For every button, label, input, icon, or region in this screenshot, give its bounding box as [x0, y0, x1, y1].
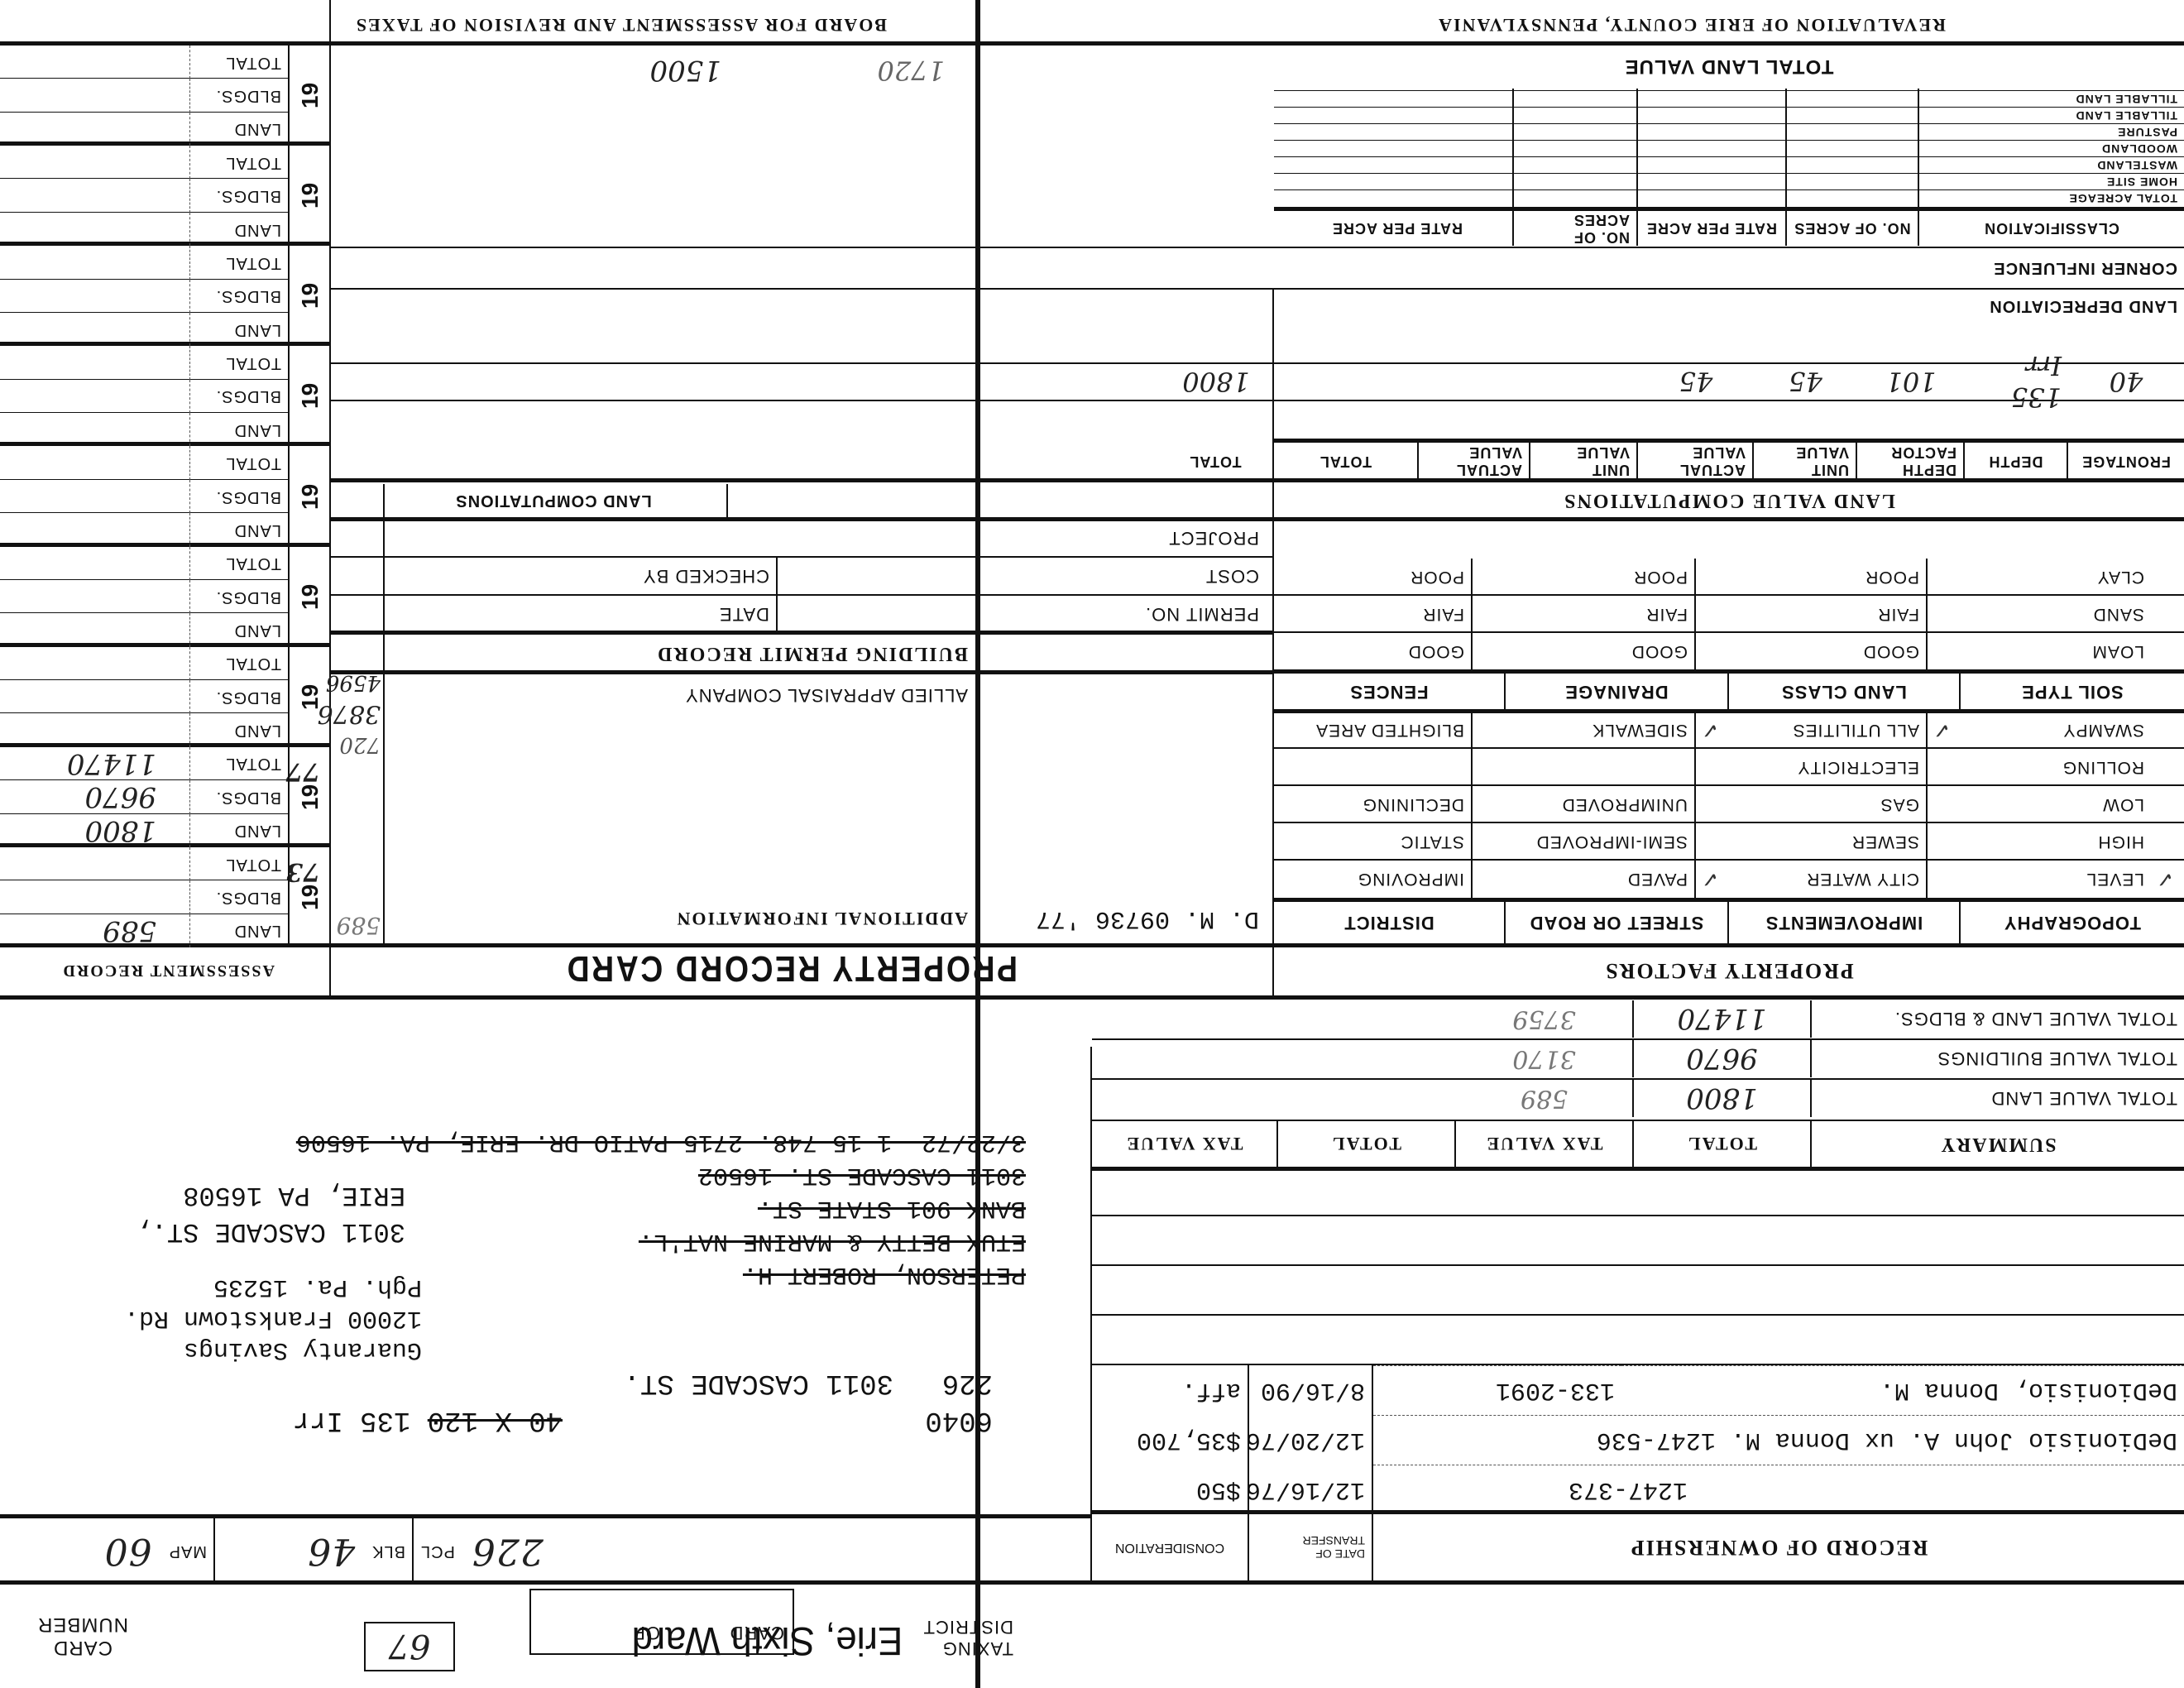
control-number: 6040: [925, 1404, 993, 1436]
blk-value: 46: [307, 1531, 355, 1573]
classification-label: TOTAL ACREAGE: [1919, 190, 2184, 207]
property-record-card: CARD NUMBER CARD OF TAXING DISTRICT Erie…: [0, 0, 2184, 1688]
divider: [383, 484, 385, 947]
blk-label: BLK: [371, 1542, 405, 1561]
divider: [1092, 1120, 2184, 1121]
assessment-value: [0, 580, 190, 613]
assessment-row-label: BLDGS.: [190, 180, 290, 213]
assessment-row-label: LAND: [190, 814, 290, 847]
date-label: DATE: [612, 596, 778, 632]
assessment-value: [0, 446, 190, 479]
classification-label: HOME SITE: [1919, 174, 2184, 190]
summary-row-label: TOTAL VALUE BUILDINGS: [1812, 1040, 2184, 1077]
card-title: PROPERTY RECORD CARD: [565, 947, 1018, 989]
check-mark-icon: ✓: [1696, 861, 1726, 898]
assessment-value: [0, 180, 190, 213]
assessment-row-label: TOTAL: [190, 446, 290, 479]
divider: [1274, 898, 2184, 902]
acreage-col: RATE PER ACRE: [1282, 211, 1514, 246]
assessment-title: ASSESSMENT RECORD: [0, 950, 281, 991]
taxing-district-label: TAXING DISTRICT: [931, 1616, 1013, 1659]
divider: [331, 556, 1274, 558]
property-factor-cell: [1274, 749, 1473, 786]
transfer-date: 8/16/90: [1249, 1365, 1373, 1415]
assessment-value: 11470: [0, 747, 190, 780]
assessment-value: [0, 647, 190, 680]
land-value-title: LAND VALUE COMPUTATIONS: [1274, 484, 2184, 517]
mortgage-line: Guaranty Savings: [124, 1334, 422, 1365]
pf-col-soil-type: SOIL TYPE: [1961, 674, 2184, 710]
ownership-row: DeDionisio, Donna M.: [1621, 1365, 2184, 1415]
land-value-col: TOTAL: [1274, 443, 1419, 480]
soil-factor-cell: LOAM: [1961, 633, 2151, 670]
divider: [331, 288, 2184, 290]
dimensions: 135 Irr: [293, 1404, 411, 1436]
blk-field: BLK 46: [215, 1518, 414, 1585]
classification-label: TILLABLE LAND: [1919, 91, 2184, 108]
assessment-value: [0, 413, 190, 446]
property-factor-cell: UNIMPROVED: [1506, 786, 1696, 823]
property-factor-cell: SWAMPY: [1961, 712, 2151, 749]
land-value-depth-factor: 101: [1857, 364, 1965, 399]
year-prefix: 19: [294, 246, 327, 346]
acreage-col: CLASSIFICATION: [1919, 211, 2184, 246]
land-value-frontage: 40: [2068, 364, 2184, 399]
assessment-row-label: BLDGS.: [190, 780, 290, 813]
assessment-row-label: BLDGS.: [190, 880, 290, 914]
property-factor-cell: PAVED: [1506, 861, 1696, 898]
soil-factor-cell: GOOD: [1729, 633, 1928, 670]
total-land-value-1: 1720: [836, 50, 951, 91]
property-factor-cell: ALL UTILITIES: [1729, 712, 1928, 749]
acreage-col: NO. OF ACRES: [1787, 211, 1919, 246]
assessment-value: 1800: [0, 814, 190, 847]
mortgage-line: 12000 Frankstown Rd.: [124, 1302, 422, 1334]
assessment-row-label: TOTAL: [190, 547, 290, 580]
mailing-address: 3011 CASCADE ST., ERIE, PA 16508: [136, 1177, 405, 1249]
assessment-row-label: LAND: [190, 113, 290, 146]
property-factor-cell: SIDEWALK: [1506, 712, 1696, 749]
land-value-col: DEPTH FACTOR: [1857, 443, 1965, 480]
ownership-title: RECORD OF OWNERSHIP: [1373, 1514, 2184, 1580]
checked-by-label: CHECKED BY: [612, 558, 778, 594]
acreage-col: RATE PER ACRE: [1638, 211, 1787, 246]
property-factor-cell: SEWER: [1729, 823, 1928, 861]
mailing-line: ERIE, PA 16508: [136, 1177, 405, 1213]
assessment-row-label: LAND: [190, 914, 290, 947]
assessment-row-label: LAND: [190, 313, 290, 346]
land-value-col: TOTAL: [1158, 443, 1274, 480]
divider: [1092, 1038, 2184, 1040]
assessment-value: [0, 380, 190, 413]
land-computations-title: LAND COMPUTATIONS: [381, 484, 728, 517]
pf-col-improvements: IMPROVEMENTS: [1729, 902, 1961, 943]
parcel-number: 226: [942, 1367, 993, 1398]
property-factor-cell: STATIC: [1274, 823, 1473, 861]
assessment-row-label: TOTAL: [190, 647, 290, 680]
assessment-value: [0, 513, 190, 546]
building-permit-title: BUILDING PERMIT RECORD: [395, 635, 975, 672]
divider: [1512, 89, 1514, 246]
divider: [1274, 90, 2184, 91]
assessment-value: [0, 246, 190, 279]
year-prefix: 19: [294, 346, 327, 446]
divider: [1636, 89, 1638, 246]
corner-influence-label: CORNER INFLUENCE: [1886, 250, 2184, 286]
owner-history: PETERSON, ROBERT H. ETUX BETTY & MARINE …: [296, 1125, 1026, 1291]
dimensions-struck: 40 X 120: [428, 1404, 563, 1436]
classification-label: TILLABLE LAND: [1919, 108, 2184, 124]
assessment-year: 73: [285, 856, 327, 889]
consideration: aff.: [1092, 1365, 1249, 1415]
additional-info-title: ADDITIONAL INFORMATION: [520, 894, 975, 943]
dm-number: D. M. 09736 '77: [976, 894, 1266, 943]
deed-book-page: 1247-536: [1597, 1427, 1716, 1455]
lot-dimensions: 40 X 120 135 Irr: [293, 1404, 563, 1436]
pcl-field: 226 PCL: [414, 1518, 1092, 1585]
assessment-row-label: BLDGS.: [190, 580, 290, 613]
transfer-date: 12/16/76: [1249, 1465, 1373, 1514]
ownership-row: DeDionisio John A. ux Donna M. 1247-536: [1373, 1415, 2184, 1465]
land-value-unit-value: 45: [1754, 364, 1857, 399]
assessment-value: [0, 680, 190, 713]
assessment-value: [0, 547, 190, 580]
land-value-col: FRONTAGE: [2068, 443, 2184, 480]
assessment-row-label: TOTAL: [190, 246, 290, 279]
assessment-row-label: TOTAL: [190, 346, 290, 379]
soil-factor-cell: FAIR: [1729, 596, 1928, 633]
transfer-date: 12/20/76: [1249, 1415, 1373, 1465]
assessment-value: [0, 280, 190, 313]
divider: [1092, 1364, 2184, 1365]
summary-buildings-total: 9670: [1634, 1040, 1812, 1077]
assessment-row-label: BLDGS.: [190, 280, 290, 313]
owner-name: DeDionisio John A. ux Donna M.: [1731, 1427, 2177, 1455]
assessment-row-label: BLDGS.: [190, 680, 290, 713]
center-divider: [975, 0, 980, 1688]
consideration: $50: [1092, 1465, 1249, 1514]
soil-factor-cell: FAIR: [1274, 596, 1473, 633]
owner-history-line: ETUX BETTY & MARINE NAT'L.: [296, 1225, 1026, 1258]
pf-col-topography: TOPOGRAPHY: [1961, 902, 2184, 943]
assessment-row-label: LAND: [190, 713, 290, 746]
land-value-col: ACTUAL VALUE: [1419, 443, 1530, 480]
assessment-row-label: LAND: [190, 613, 290, 646]
check-mark-icon: ✓: [1696, 712, 1726, 749]
divider: [1274, 207, 2184, 211]
assessment-row-label: TOTAL: [190, 747, 290, 780]
assessment-value: [0, 480, 190, 513]
property-factor-cell: SEMI-IMPROVED: [1506, 823, 1696, 861]
pcl-value: 226: [472, 1531, 544, 1573]
assessment-value: [0, 313, 190, 346]
owner-history-line: PETERSON, ROBERT H.: [296, 1258, 1026, 1291]
deed-book-page: 133-2091: [1373, 1365, 1621, 1415]
assessment-value: [0, 613, 190, 646]
soil-factor-cell: FAIR: [1506, 596, 1696, 633]
year-prefix: 19: [294, 146, 327, 246]
land-value-depth: 135 Irr: [1965, 364, 2068, 399]
assessment-row-label: TOTAL: [190, 46, 290, 79]
card-number-label: CARD NUMBER: [33, 1613, 132, 1659]
assessment-year: 77: [285, 755, 327, 789]
assessment-row-label: LAND: [190, 413, 290, 446]
summary-title: SUMMARY: [1812, 1121, 2184, 1167]
consideration-label: CONSIDERATION: [1092, 1514, 1249, 1580]
map-field: MAP 60: [17, 1518, 215, 1585]
owner-history-line: BANK 901 STATE ST.: [296, 1192, 1026, 1225]
assessment-row-label: BLDGS.: [190, 380, 290, 413]
property-factor-cell: IMPROVING: [1274, 861, 1473, 898]
property-factors-title: PROPERTY FACTORS: [1274, 950, 2184, 991]
consideration: $35,700: [1092, 1415, 1249, 1465]
classification-label: WASTELAND: [1919, 157, 2184, 174]
assessment-row-label: BLDGS.: [190, 79, 290, 112]
appraiser-name: ALLIED APPRAISAL COMPANY: [561, 679, 975, 712]
acreage-col: NO. OF ACRES: [1514, 211, 1638, 246]
land-value-actual-value: 45: [1638, 364, 1754, 399]
divider: [331, 400, 2184, 401]
year-prefix: 19: [294, 647, 327, 747]
land-value-col: UNIT VALUE: [1754, 443, 1857, 480]
header-right: BOARD FOR ASSESSMENT AND REVISION OF TAX…: [33, 8, 893, 41]
property-factor-cell: DECLINING: [1274, 786, 1473, 823]
land-value-col: UNIT VALUE: [1530, 443, 1638, 480]
assessment-value: [0, 46, 190, 79]
summary-buildings-tax-value: 3170: [1456, 1040, 1634, 1077]
assessment-row-label: LAND: [190, 213, 290, 246]
soil-factor-cell: GOOD: [1506, 633, 1696, 670]
property-factor-cell: LOW: [1961, 786, 2151, 823]
soil-factor-cell: GOOD: [1274, 633, 1473, 670]
total-land-value-2: 1500: [563, 50, 728, 91]
property-factor-cell: [1506, 749, 1696, 786]
note-3876: 3876: [318, 699, 381, 728]
pf-col-land-class: LAND CLASS: [1729, 674, 1961, 710]
land-value-col: DEPTH: [1965, 443, 2068, 480]
summary-land-total: 1800: [1634, 1080, 1812, 1117]
box-number: 67: [364, 1622, 455, 1671]
owner-history-line: 3/22/72 -1-15-748. 2715 PATIO DR. ERIE, …: [296, 1125, 1026, 1158]
pcl-label: PCL: [420, 1542, 455, 1561]
note-720: 720: [339, 732, 381, 757]
summary-row-label: TOTAL VALUE LAND & BLDGS.: [1812, 1000, 2184, 1038]
summary-row-label: TOTAL VALUE LAND: [1812, 1080, 2184, 1117]
taxing-district: Erie, Sixth Ward: [632, 1618, 903, 1663]
assessment-value: [0, 146, 190, 179]
header-left: REVALUATION OF ERIE COUNTY, PENNSYLVANIA: [1208, 8, 1952, 41]
summary-total-tax-value: 3759: [1456, 1000, 1634, 1038]
property-factor-cell: ELECTRICITY: [1729, 749, 1928, 786]
permit-no-label: PERMIT NO.: [984, 596, 1266, 632]
mailing-line: 3011 CASCADE ST.,: [136, 1213, 405, 1249]
divider: [1092, 1215, 2184, 1216]
assessment-value: [0, 713, 190, 746]
assessment-row-label: LAND: [190, 513, 290, 546]
total-land-value-label: TOTAL LAND VALUE: [1274, 46, 2184, 87]
property-factor-cell: HIGH: [1961, 823, 2151, 861]
property-address: 3011 CASCADE ST.: [624, 1367, 893, 1398]
property-factor-cell: ROLLING: [1961, 749, 2151, 786]
year-prefix: 19: [294, 46, 327, 146]
assessment-value: [0, 79, 190, 112]
divider: [1092, 1078, 2184, 1080]
divider: [331, 247, 2184, 248]
divider: [1918, 89, 1919, 246]
divider: [331, 594, 1274, 596]
year-prefix: 19: [294, 446, 327, 546]
pf-col-drainage: DRAINAGE: [1506, 674, 1729, 710]
soil-factor-cell: POOR: [1506, 559, 1696, 596]
divider: [1092, 1314, 2184, 1316]
classification-label: WOODLAND: [1919, 141, 2184, 157]
land-value-total: 1800: [1158, 364, 1274, 399]
summary-land-tax-value: 589: [1456, 1080, 1634, 1117]
map-label: MAP: [169, 1542, 207, 1561]
project-label: PROJECT: [984, 520, 1266, 556]
summary-total-value: 11470: [1634, 1000, 1812, 1038]
pf-col-fences: FENCES: [1274, 674, 1506, 710]
assessment-value: [0, 346, 190, 379]
land-depreciation-label: LAND DEPRECIATION: [1886, 288, 2184, 324]
pf-col-district: DISTRICT: [1274, 902, 1506, 943]
year-prefix: 19: [294, 547, 327, 647]
assessment-value: [0, 213, 190, 246]
summary-col-tax-value: TAX VALUE: [1092, 1121, 1278, 1167]
assessment-value: [0, 880, 190, 914]
date-of-transfer-label: DATE OF TRANSFER: [1249, 1514, 1373, 1580]
property-factor-cell: LEVEL: [1961, 861, 2151, 898]
summary-col-total: TOTAL: [1278, 1121, 1456, 1167]
divider: [1785, 89, 1787, 246]
divider: [331, 943, 2184, 947]
property-factor-cell: GAS: [1729, 786, 1928, 823]
divider: [0, 1514, 1092, 1518]
assessment-value: [0, 113, 190, 146]
soil-factor-cell: POOR: [1274, 559, 1473, 596]
soil-factor-cell: SAND: [1961, 596, 2151, 633]
property-factor-cell: CITY WATER: [1729, 861, 1928, 898]
assessment-row-label: BLDGS.: [190, 480, 290, 513]
divider: [0, 995, 2184, 1000]
ownership-row: 1247-373: [1373, 1465, 2184, 1514]
assessment-value: 9670: [0, 780, 190, 813]
assessment-value: [0, 847, 190, 880]
soil-factor-cell: CLAY: [1961, 559, 2151, 596]
map-value: 60: [104, 1531, 152, 1573]
check-mark-icon: ✓: [1928, 712, 1957, 749]
property-factor-cell: BLIGHTED AREA: [1274, 712, 1473, 749]
assessment-row-label: TOTAL: [190, 847, 290, 880]
divider: [1092, 1167, 2184, 1171]
divider: [331, 517, 2184, 521]
assessment-value: 589: [0, 914, 190, 947]
owner-history-line: 3011 CASCADE ST. 16502: [296, 1158, 1026, 1192]
note-589: 589: [337, 912, 381, 939]
check-mark-icon: ✓: [2151, 861, 2181, 898]
cost-label: COST: [984, 558, 1266, 594]
deed-book-page: 1247-373: [1569, 1476, 1688, 1504]
summary-col-total: TOTAL: [1634, 1121, 1812, 1167]
summary-col-tax-value: TAX VALUE: [1456, 1121, 1634, 1167]
soil-factor-cell: POOR: [1729, 559, 1928, 596]
assessment-row-label: TOTAL: [190, 146, 290, 179]
classification-label: PASTURE: [1919, 124, 2184, 141]
pf-col-street: STREET OR ROAD: [1506, 902, 1729, 943]
land-value-col: ACTUAL VALUE: [1638, 443, 1754, 480]
divider: [1092, 1264, 2184, 1266]
